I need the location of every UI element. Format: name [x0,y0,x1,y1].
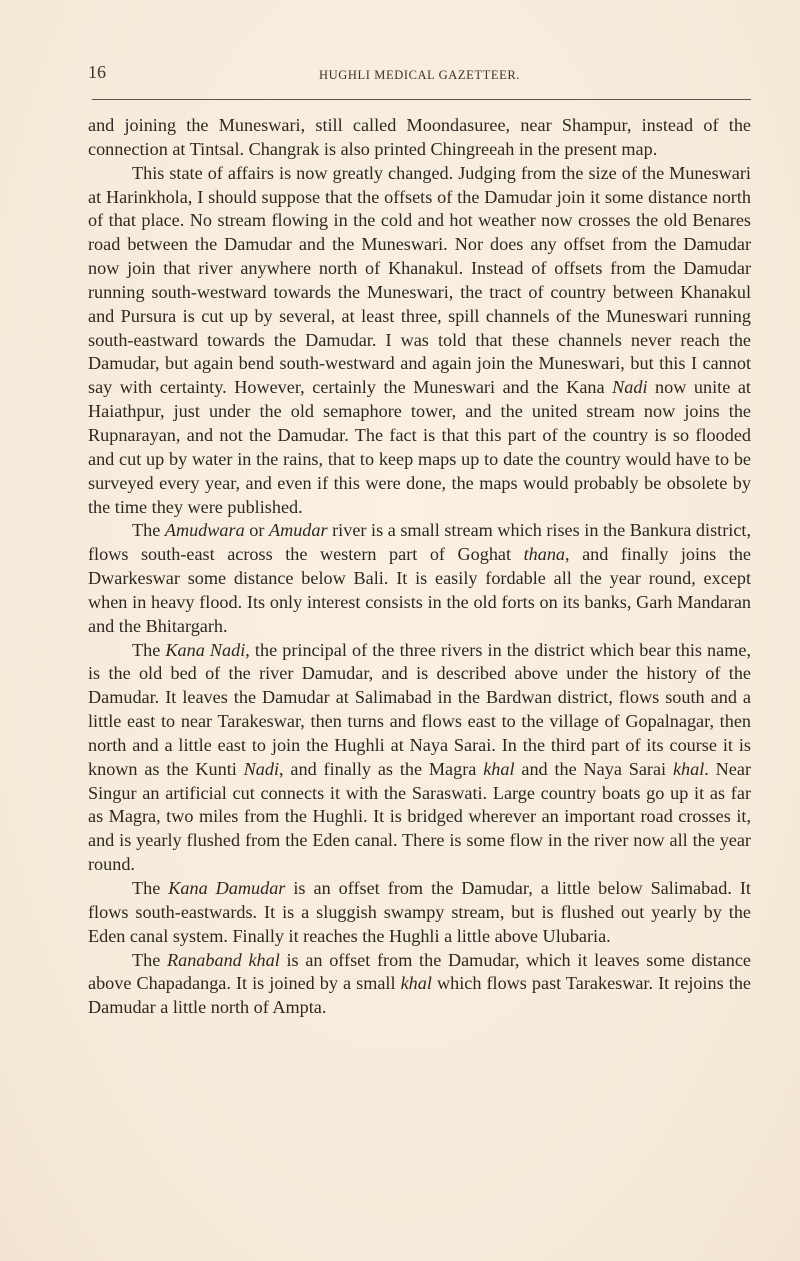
text-run: or [245,520,269,540]
header-rule [92,99,751,100]
text-run: , and finally as the Magra [279,759,483,779]
italic-term: khal [483,759,514,779]
text-run: and joining the Muneswari, still called … [88,115,751,159]
text-run: The [132,640,165,660]
text-run: and the Naya Sarai [515,759,673,779]
italic-term: Nadi [612,377,647,397]
running-title: HUGHLI MEDICAL GAZETTEER. [88,68,751,83]
italic-term: thana [524,544,565,564]
italic-term: khal [401,973,432,993]
body-text: and joining the Muneswari, still called … [88,114,751,1020]
text-run: The [132,950,167,970]
text-run: The [132,878,168,898]
text-run: This state of affairs is now greatly cha… [88,163,751,398]
italic-term: Kana Nadi [165,640,245,660]
italic-term: Amudar [269,520,328,540]
paragraph: The Ranaband khal is an offset from the … [88,949,751,1021]
text-run: now unite at Haiathpur, just under the o… [88,377,751,516]
paragraph: The Kana Damudar is an offset from the D… [88,877,751,949]
italic-term: khal [673,759,704,779]
italic-term: Nadi [244,759,279,779]
paragraph: This state of affairs is now greatly cha… [88,162,751,520]
paragraph: and joining the Muneswari, still called … [88,114,751,162]
paragraph: The Kana Nadi, the principal of the thre… [88,639,751,877]
paragraph: The Amudwara or Amudar river is a small … [88,519,751,638]
text-run: The [132,520,165,540]
running-head: 16 HUGHLI MEDICAL GAZETTEER. [88,62,751,94]
italic-term: Ranaband khal [167,950,280,970]
italic-term: Amudwara [165,520,245,540]
italic-term: Kana Damudar [168,878,285,898]
document-page: 16 HUGHLI MEDICAL GAZETTEER. and joining… [88,62,751,1020]
